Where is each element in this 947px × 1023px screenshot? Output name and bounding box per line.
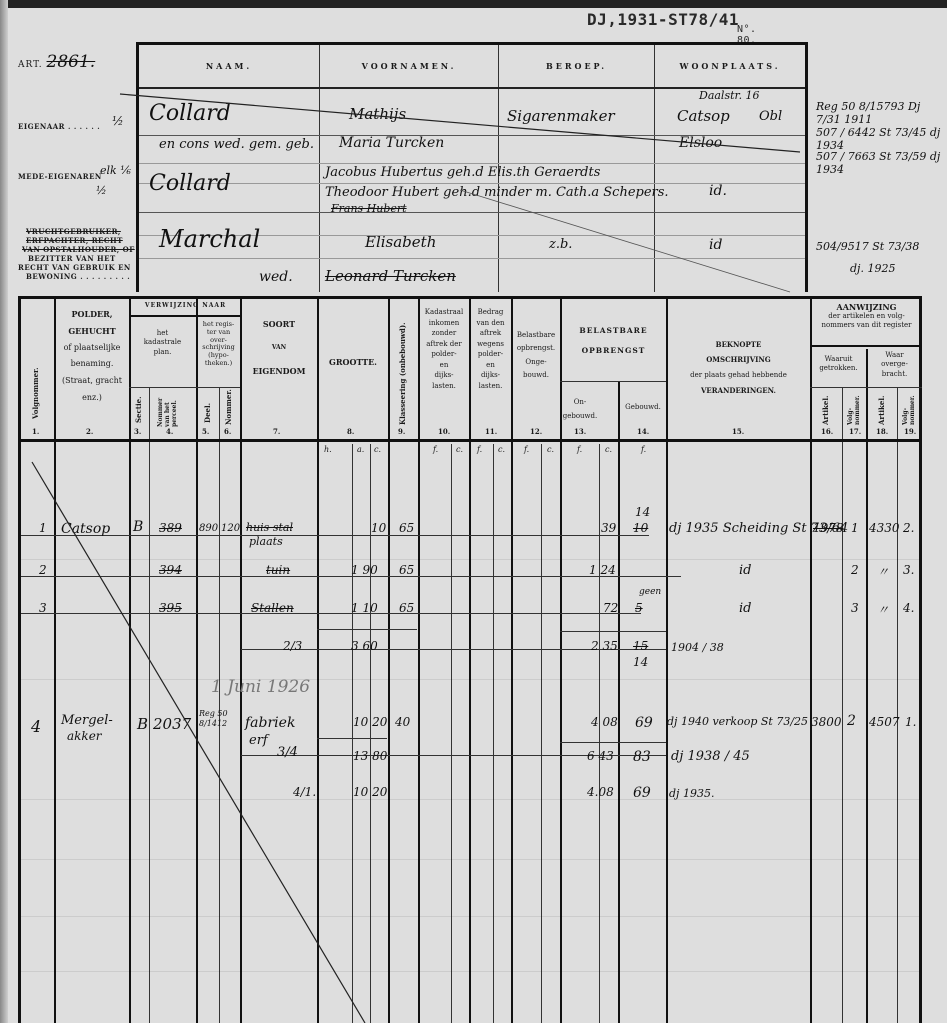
- unit-h: h.: [324, 445, 332, 454]
- row-1-nommer: 120: [221, 523, 240, 534]
- header-belastbare-ongebouwd: Belastbare opbrengst. Onge- bouwd.: [512, 329, 560, 382]
- header-text: der plaats gehad hebbende: [667, 368, 810, 383]
- header-voornamen: VOORNAMEN.: [320, 45, 498, 87]
- row-4-polder: Mergel-: [61, 713, 113, 728]
- col-divider: [599, 444, 600, 1023]
- header-text: bracht.: [867, 370, 922, 379]
- margin-note-5: dj. 1925: [850, 262, 895, 275]
- header-text: BELASTBARE: [561, 321, 666, 341]
- column-number: 16.: [821, 427, 833, 436]
- vruchtgebruiker-label-2: ERFPACHTER, RECHT: [26, 236, 123, 245]
- header-text: Belastbare: [512, 329, 560, 342]
- row-4-volg17: 2: [847, 713, 856, 729]
- header-text: Waaruit: [811, 355, 866, 364]
- header-text: dijks-: [419, 370, 469, 381]
- unit-a: a.: [357, 445, 364, 454]
- row-2-volg19: 3.: [903, 563, 914, 577]
- owner-2-voornamen-2: Theodoor Hubert geh.d minder m. Cath.a S…: [325, 185, 669, 200]
- bezitter-label-3: BEWONING . . . . . . . . .: [26, 272, 130, 281]
- owner-1-woonplaats: Catsop: [677, 107, 730, 125]
- subtotal-3-ongebouwd: 4.08: [587, 785, 614, 799]
- entry-rule: [471, 576, 681, 577]
- header-text: bouwd.: [512, 369, 560, 382]
- col-divider: [317, 299, 319, 1023]
- header-text: wegens: [470, 339, 511, 350]
- owner-3-naam: Marchal: [159, 225, 260, 253]
- row-1-perceel: 389: [159, 521, 182, 535]
- row-2-perceel: 394: [159, 563, 182, 577]
- row-4-gebouwd: 69: [635, 715, 653, 731]
- grid-line: [21, 859, 919, 860]
- unit-f13: f.: [577, 445, 582, 454]
- subtotal-1-gebouwd-new: 14: [633, 655, 648, 669]
- owner-1b-woonplaats: Elsloo: [679, 135, 722, 151]
- row-2-soort: tuin: [266, 563, 290, 577]
- subtotal-2-grootte: 13 80: [353, 749, 387, 763]
- stamp-code: DJ,1931-ST78/41: [587, 10, 739, 29]
- header-text: VAN: [241, 344, 317, 352]
- row-1-grootte: 10: [371, 521, 386, 535]
- grid-line: [21, 971, 919, 972]
- col-divider: [54, 299, 56, 1023]
- owner-3b-naam: wed.: [259, 269, 293, 285]
- row-4-deel: Reg 50 8/1412: [199, 709, 239, 728]
- subtotal-2-gebouwd: 83: [633, 749, 651, 765]
- article-label: ART. 2861.: [18, 52, 95, 72]
- header-text: en: [470, 360, 511, 371]
- rule: [129, 387, 196, 388]
- owner-1-extra: Obl: [759, 109, 782, 124]
- row-1-art18: 4330: [869, 521, 900, 535]
- header-naam: NAAM.: [139, 45, 319, 87]
- header-text: dijks-: [470, 370, 511, 381]
- header-text: of plaatselijke: [55, 343, 129, 354]
- owners-table: NAAM. VOORNAMEN. BEROEP. WOONPLAATS. Col…: [136, 42, 808, 292]
- header-text: POLDER,: [55, 309, 129, 320]
- header-text: opbrengst.: [512, 342, 560, 355]
- guide-rule: [139, 163, 805, 164]
- row-3-soort: Stallen: [251, 601, 294, 615]
- owner-3-beroep: z.b.: [549, 237, 572, 252]
- col-divider: [352, 444, 353, 1023]
- header-sectie: Sectie.: [134, 395, 143, 423]
- subtotal-3-label: 4/1.: [293, 785, 316, 799]
- column-number: 15.: [732, 427, 744, 436]
- archive-stamp: DJ,1931-ST78/41 N°. 80.: [587, 10, 739, 29]
- row-2-grootte: 1 90: [351, 563, 378, 577]
- col-divider: [866, 349, 868, 1023]
- row-3-ongebouwd: 72: [603, 601, 618, 615]
- subtotal-3-grootte: 10 20: [353, 785, 387, 799]
- col-divider: [511, 299, 513, 1023]
- owner-3-woonplaats: id: [709, 237, 722, 253]
- header-omschrijving: BEKNOPTE OMSCHRIJVING der plaats gehad h…: [667, 337, 810, 399]
- row-3-perceel: 395: [159, 601, 182, 615]
- row-4-art18: 4507: [869, 715, 900, 729]
- header-text: AANWIJZING: [811, 302, 922, 312]
- row-4-volg19: 1.: [905, 715, 916, 729]
- row-3-volg: 3: [39, 601, 47, 615]
- subtotal-1-ongebouwd: 2 35: [591, 639, 618, 653]
- header-text: OPBRENGST: [561, 341, 666, 361]
- column-number: 9.: [398, 427, 405, 436]
- column-number: 17.: [849, 427, 861, 436]
- header-text: polder-: [419, 349, 469, 360]
- header-gebouwd: Gebouwd.: [620, 403, 666, 412]
- row-1-deel: 890: [199, 523, 218, 534]
- margin-note-3: 507 / 7663 St 73/59 dj 1934: [816, 150, 947, 176]
- header-deel: Deel.: [203, 399, 212, 423]
- margin-note-1: Reg 50 8/15793 Dj 7/31 1911: [816, 100, 947, 126]
- col-divider: [240, 299, 242, 1023]
- row-1-volg17: 1: [851, 521, 859, 535]
- header-woonplaats: WOONPLAATS.: [655, 45, 805, 87]
- header-nommer: Nommer.: [224, 395, 233, 425]
- column-number: 12.: [530, 427, 542, 436]
- header-text: van den: [470, 318, 511, 329]
- subtotal-2-label: 3/4: [277, 745, 298, 760]
- bezitter-label-1: BEZITTER VAN HET: [28, 254, 116, 263]
- subtotal-3-omschrijving: dj 1935.: [669, 787, 714, 800]
- row-1-volg: 1: [39, 521, 47, 535]
- header-kadastrale: het kadastrale plan.: [129, 329, 196, 357]
- rule: [560, 381, 666, 382]
- vruchtgebruiker-label-3: VAN OPSTALHOUDER, OF: [22, 245, 135, 254]
- col-divider: [149, 387, 150, 1023]
- column-number: 10.: [438, 427, 450, 436]
- header-text: Kadastraal: [419, 307, 469, 318]
- entry-rule: [560, 742, 666, 743]
- grid-line: [21, 799, 919, 800]
- entry-rule: [317, 738, 387, 739]
- mede-eigenaren-label: MEDE-EIGENAREN: [18, 172, 102, 181]
- header-kadastraal-inkomen: Kadastraal inkomen zonder aftrek der pol…: [419, 307, 469, 391]
- header-text: EIGENDOM: [241, 366, 317, 377]
- header-beroep: BEROEP.: [499, 45, 654, 87]
- grid-line: [21, 559, 919, 560]
- header-text: zonder: [419, 328, 469, 339]
- col-divider: [541, 444, 542, 1023]
- owner-2-voornamen-1: Jacobus Hubertus geh.d Elis.th Geraerdts: [325, 165, 600, 180]
- unit-c12: c.: [547, 445, 554, 454]
- row-2-volg17: 2: [851, 563, 859, 577]
- entry-rule: [21, 535, 649, 536]
- header-text: Bedrag: [470, 307, 511, 318]
- col-divider: [842, 387, 843, 1023]
- header-text: SOORT: [241, 319, 317, 330]
- owner-1-naam: Collard: [149, 101, 231, 126]
- vruchtgebruiker-label-1: VRUCHTGEBRUIKER,: [26, 227, 121, 236]
- header-klasseering: Klasseering (onbebouwd).: [398, 315, 407, 425]
- bezitter-label-2: RECHT VAN GEBRUIK EN: [18, 263, 131, 272]
- header-text: BEKNOPTE: [667, 337, 810, 352]
- header-artikel-18: Artikel.: [877, 395, 886, 425]
- guide-rule: [139, 258, 805, 259]
- header-waaruit: Waaruit getrokken.: [811, 355, 866, 374]
- header-volg-19: Volg-nommer.: [902, 391, 918, 425]
- entry-rule: [21, 613, 641, 614]
- column-number: 11.: [485, 427, 497, 436]
- col-divider: [810, 299, 812, 1023]
- column-number: 2.: [86, 427, 93, 436]
- row-1-soort: huis stal: [246, 521, 293, 534]
- entry-rule: [560, 631, 666, 632]
- owner-1-street: Daalstr. 16: [699, 89, 760, 102]
- column-number: 4.: [166, 427, 173, 436]
- subtotal-1-grootte: 3 60: [351, 639, 378, 653]
- row-rule: [139, 212, 805, 213]
- owner-2-voornamen-3: Frans Hubert: [331, 202, 407, 215]
- row-1-sectie: B: [133, 519, 143, 535]
- row-4-art16: 3800: [811, 715, 842, 729]
- row-4-omschrijving: dj 1940 verkoop St 73/25: [667, 715, 809, 728]
- column-number: 1.: [32, 427, 39, 436]
- row-4-polder-2: akker: [67, 729, 102, 743]
- col-divider: [451, 444, 452, 1023]
- header-text: enz.): [55, 393, 129, 404]
- col-divider: [618, 381, 620, 1023]
- col-divider: [129, 299, 131, 1023]
- header-text: lasten.: [470, 381, 511, 392]
- header-text: Waar: [867, 351, 922, 360]
- margin-note-2: 507 / 6442 St 73/45 dj 1934: [816, 126, 947, 152]
- col-divider: [196, 299, 198, 1023]
- header-text: plan.: [129, 348, 196, 357]
- header-text: getrokken.: [811, 364, 866, 373]
- header-aanwijzing: AANWIJZING der artikelen en volg- nommer…: [811, 302, 922, 330]
- row-3-art18: 〃: [877, 601, 889, 618]
- subtotal-1-omschrijving: 1904 / 38: [671, 641, 724, 654]
- rule: [810, 345, 922, 347]
- column-number: 5.: [202, 427, 209, 436]
- column-number: 18.: [876, 427, 888, 436]
- entry-rule: [317, 629, 417, 630]
- row-4-ongebouwd: 4 08: [591, 715, 618, 729]
- unit-f14: f.: [641, 445, 646, 454]
- eigenaar-share: ½: [112, 114, 124, 128]
- mede-share-each: elk ⅙: [100, 164, 131, 177]
- header-text: GEHUCHT: [55, 326, 129, 337]
- header-volgnommer: Volgnommer.: [31, 349, 40, 419]
- row-2-volg: 2: [39, 563, 47, 577]
- row-3-volg19: 4.: [903, 601, 914, 615]
- row-2-klasse: 65: [399, 563, 414, 577]
- header-text: theken.): [197, 360, 240, 368]
- header-soort: SOORT VAN EIGENDOM: [241, 319, 317, 377]
- unit-c11: c.: [498, 445, 505, 454]
- divider: [654, 45, 655, 292]
- column-number: 6.: [224, 427, 231, 436]
- grid-line: [21, 916, 919, 917]
- row-3-omschrijving: id: [739, 601, 751, 616]
- row-3-volg17: 3: [851, 601, 859, 615]
- owner-2-naam: Collard: [149, 171, 231, 196]
- unit-f12: f.: [524, 445, 529, 454]
- header-text: Onge-: [512, 356, 560, 369]
- col-divider: [469, 299, 471, 1023]
- subtotal-2-ongebouwd: 6 43: [587, 749, 614, 763]
- owner-1-beroep: Sigarenmaker: [507, 107, 615, 125]
- unit-f11: f.: [477, 445, 482, 454]
- scan-left-edge: [0, 0, 8, 1023]
- header-artikel-16: Artikel.: [821, 395, 830, 425]
- margin-note-4: 504/9517 St 73/38: [816, 240, 919, 253]
- row-1-gebouwd-old: 10: [633, 521, 648, 535]
- subtotal-1-gebouwd-old: 15: [633, 639, 648, 653]
- row-4-grootte: 10 20: [353, 715, 387, 729]
- header-text: gebouwd.: [561, 409, 599, 423]
- row-1-art16: 1978: [813, 521, 844, 535]
- subtotal-1-label: 2/3: [283, 639, 302, 653]
- col-divider: [897, 387, 898, 1023]
- date-stamp: 1 Juni 1926: [211, 677, 310, 697]
- divider: [319, 45, 320, 292]
- register-page: DJ,1931-ST78/41 N°. 80. ART. 2861. EIGEN…: [0, 0, 947, 1023]
- header-text: On-: [561, 395, 599, 409]
- row-3-grootte: 1 10: [351, 601, 378, 615]
- column-number: 7.: [273, 427, 280, 436]
- subtotal-2-omschrijving: dj 1938 / 45: [671, 749, 750, 764]
- rule: [810, 387, 922, 388]
- row-3-gebouwd-old: 5: [635, 601, 643, 615]
- header-text: der artikelen en volg-: [811, 312, 922, 321]
- row-4-perceel: 2037: [153, 715, 191, 733]
- owner-3b-voornamen: Leonard Turcken: [325, 267, 456, 285]
- row-4-volg: 4: [31, 717, 41, 736]
- header-text: overge-: [867, 360, 922, 369]
- header-bottom-rule: [21, 439, 922, 442]
- row-3-gebouwd-new: geen: [639, 587, 661, 597]
- column-number: 14.: [637, 427, 649, 436]
- header-text: aftrek: [470, 328, 511, 339]
- header-grootte: GROOTTE.: [318, 357, 388, 368]
- guide-rule: [139, 183, 805, 184]
- row-4-soort: fabriek: [245, 715, 295, 731]
- owner-2-woonplaats: id.: [709, 183, 727, 199]
- row-1-volg19: 2.: [903, 521, 914, 535]
- column-number: 19.: [904, 427, 916, 436]
- article-prefix: ART.: [18, 60, 43, 70]
- row-1-gebouwd-new: 14: [635, 505, 650, 519]
- header-polder: POLDER, GEHUCHT of plaatselijke benaming…: [55, 309, 129, 404]
- scan-top-edge: [0, 0, 947, 8]
- header-text: OMSCHRIJVING: [667, 352, 810, 367]
- column-number: 3.: [134, 427, 141, 436]
- header-text: het: [129, 329, 196, 338]
- unit-f10: f.: [433, 445, 438, 454]
- header-text: en: [419, 360, 469, 371]
- subtotal-3-gebouwd: 69: [633, 785, 651, 801]
- header-volg-17: Volg-nommer.: [847, 391, 863, 425]
- row-2-ongebouwd: 1 24: [589, 563, 616, 577]
- unit-c13: c.: [605, 445, 612, 454]
- header-text: lasten.: [419, 381, 469, 392]
- column-number: 8.: [347, 427, 354, 436]
- header-text: benaming.: [55, 359, 129, 370]
- header-belastbare-opbrengst: BELASTBARE OPBRENGST: [561, 321, 666, 360]
- row-1-ongebouwd: 39: [601, 521, 616, 535]
- header-text: VERANDERINGEN.: [667, 383, 810, 398]
- parcels-table: Volgnommer. POLDER, GEHUCHT of plaatseli…: [18, 296, 922, 1023]
- header-text: nommers van dit register: [811, 321, 922, 330]
- header-verwijzing: VERWIJZING NAAR: [129, 302, 242, 310]
- row-3-klasse: 65: [399, 601, 414, 615]
- column-number: 13.: [574, 427, 586, 436]
- col-divider: [493, 444, 494, 1023]
- header-text: polder-: [470, 349, 511, 360]
- header-register: het regis- ter van over- schrijving (hyp…: [197, 321, 240, 368]
- row-4-soort-2: erf: [249, 733, 268, 748]
- owner-1b-voornamen: Maria Turcken: [339, 135, 444, 151]
- row-1-klasse: 65: [399, 521, 414, 535]
- col-divider: [418, 299, 420, 1023]
- row-2-omschrijving: id: [739, 563, 751, 578]
- header-text: kadastrale: [129, 338, 196, 347]
- header-bedrag-aftrek: Bedrag van den aftrek wegens polder- en …: [470, 307, 511, 391]
- unit-c: c.: [374, 445, 381, 454]
- rule: [129, 315, 242, 317]
- unit-c10: c.: [456, 445, 463, 454]
- row-1-soort-2: plaats: [249, 535, 283, 548]
- col-divider: [388, 299, 390, 1023]
- owner-1-voornamen: Mathijs: [349, 105, 406, 123]
- row-2-art18: 〃: [877, 563, 889, 580]
- header-text: aftrek der: [419, 339, 469, 350]
- col-divider: [219, 387, 220, 1023]
- header-text: (Straat, gracht: [55, 376, 129, 387]
- owner-1b-naam: en cons wed. gem. geb.: [159, 137, 314, 152]
- eigenaar-label: EIGENAAR . . . . . .: [18, 122, 100, 131]
- header-ongebouwd: On- gebouwd.: [561, 395, 599, 423]
- row-4-sectie: B: [137, 715, 148, 733]
- header-waar: Waar overge- bracht.: [867, 351, 922, 379]
- row-4-klasse: 40: [395, 715, 410, 729]
- row-1-polder: Catsop: [61, 521, 110, 537]
- header-text: inkomen: [419, 318, 469, 329]
- article-number: 2861.: [47, 52, 96, 72]
- header-perceel: Nommer van het perceel.: [157, 393, 191, 427]
- owner-3-voornamen: Elisabeth: [365, 233, 436, 251]
- col-divider: [666, 299, 668, 1023]
- grid-line: [21, 679, 919, 680]
- mede-share-half: ½: [96, 184, 107, 197]
- rule: [196, 387, 240, 388]
